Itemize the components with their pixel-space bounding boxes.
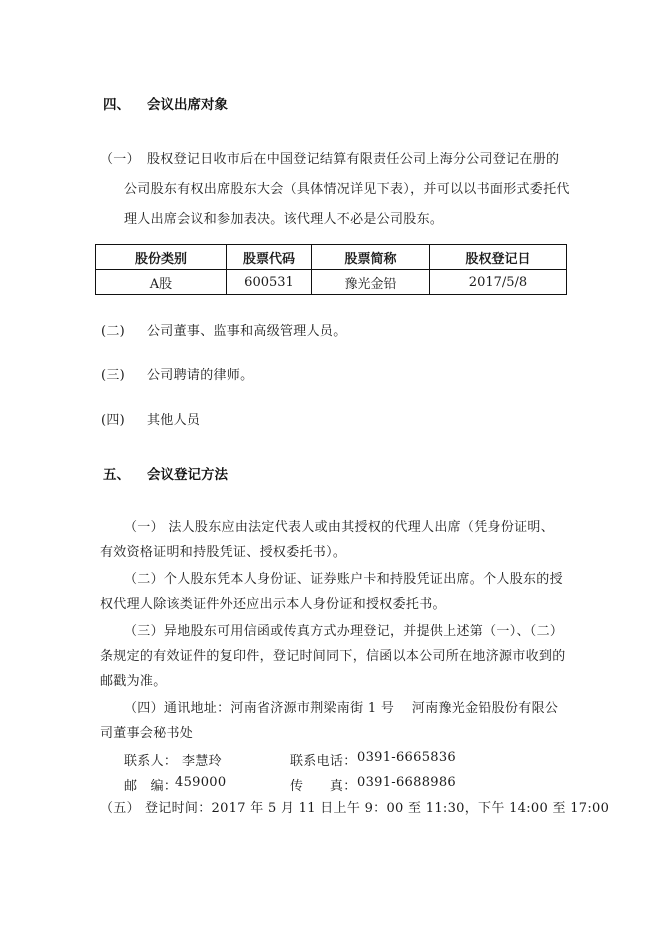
paragraph-line: 有效资格证明和持股凭证、授权委托书）。 [100, 541, 346, 560]
paragraph-line: 权代理人除该类证件外还应出示本人身份证和授权委托书。 [100, 593, 446, 612]
header-stock-code: 股票代码 [227, 245, 312, 270]
fax-value: 0391-6688986 [357, 775, 456, 790]
contact-phone-value: 0391-6665836 [357, 750, 456, 765]
section-5-number: 五、 [103, 463, 130, 483]
paragraph-line: 邮戳为准。 [100, 670, 167, 689]
registration-table: 股份类别 股票代码 股票简称 股权登记日 A股 600531 豫光金铅 2017… [95, 244, 567, 295]
zip-value: 459000 [175, 775, 226, 790]
item-5-marker: （五） [100, 797, 140, 816]
item-1-line-3: 理人出席会议和参加表决。该代理人不必是公司股东。 [124, 208, 443, 227]
section-4-number: 四、 [103, 93, 130, 113]
paragraph-line: （二）个人股东凭本人身份证、证券账户卡和持股凭证出席。个人股东的授 [124, 568, 563, 587]
item-1-line-1: 股权登记日收市后在中国登记结算有限责任公司上海分公司登记在册的 [147, 148, 559, 167]
section-5-title: 会议登记方法 [147, 463, 228, 483]
paragraph-line: （三）异地股东可用信函或传真方式办理登记，并提供上述第（一）、（二） [124, 620, 563, 639]
item-3-text: 公司聘请的律师。 [147, 364, 253, 383]
contact-person-label: 联系人： [124, 750, 177, 769]
zip-label: 邮 编： [124, 775, 177, 794]
header-stock-abbr: 股票简称 [312, 245, 430, 270]
table-header-row: 股份类别 股票代码 股票简称 股权登记日 [96, 245, 567, 270]
item-2-marker: (二) [101, 320, 125, 339]
contact-phone-label: 联系电话： [290, 750, 357, 769]
paragraph-line: 条规定的有效证件的复印件，登记时间同下，信函以本公司所在地济源市收到的 [100, 645, 566, 664]
contact-person-value: 李慧玲 [182, 750, 222, 769]
table-row: A股 600531 豫光金铅 2017/5/8 [96, 270, 567, 295]
header-share-class: 股份类别 [96, 245, 227, 270]
cell-stock-code: 600531 [227, 270, 312, 295]
item-1-marker: （一） [100, 148, 140, 167]
cell-record-date: 2017/5/8 [430, 270, 567, 295]
header-record-date: 股权登记日 [430, 245, 567, 270]
cell-share-class: A股 [96, 270, 227, 295]
item-3-marker: (三) [101, 364, 125, 383]
section-4-title: 会议出席对象 [147, 93, 228, 113]
paragraph-line: 司董事会秘书处 [100, 722, 193, 741]
item-4-marker: (四) [101, 409, 125, 428]
paragraph-line: （一） 法人股东应由法定代表人或由其授权的代理人出席（凭身份证明、 [124, 516, 554, 535]
item-2-text: 公司董事、监事和高级管理人员。 [147, 320, 347, 339]
fax-label: 传 真： [290, 775, 357, 794]
cell-stock-abbr: 豫光金铅 [312, 270, 430, 295]
item-4-text: 其他人员 [147, 409, 200, 428]
paragraph-line: （四）通讯地址：河南省济源市荆梁南街 1 号 河南豫光金铅股份有限公 [124, 697, 558, 716]
item-1-line-2: 公司股东有权出席股东大会（具体情况详见下表），并可以以书面形式委托代 [124, 178, 570, 197]
item-5-text: 登记时间：2017 年 5 月 11 日上午 9：00 至 11:30，下午 1… [145, 797, 609, 816]
